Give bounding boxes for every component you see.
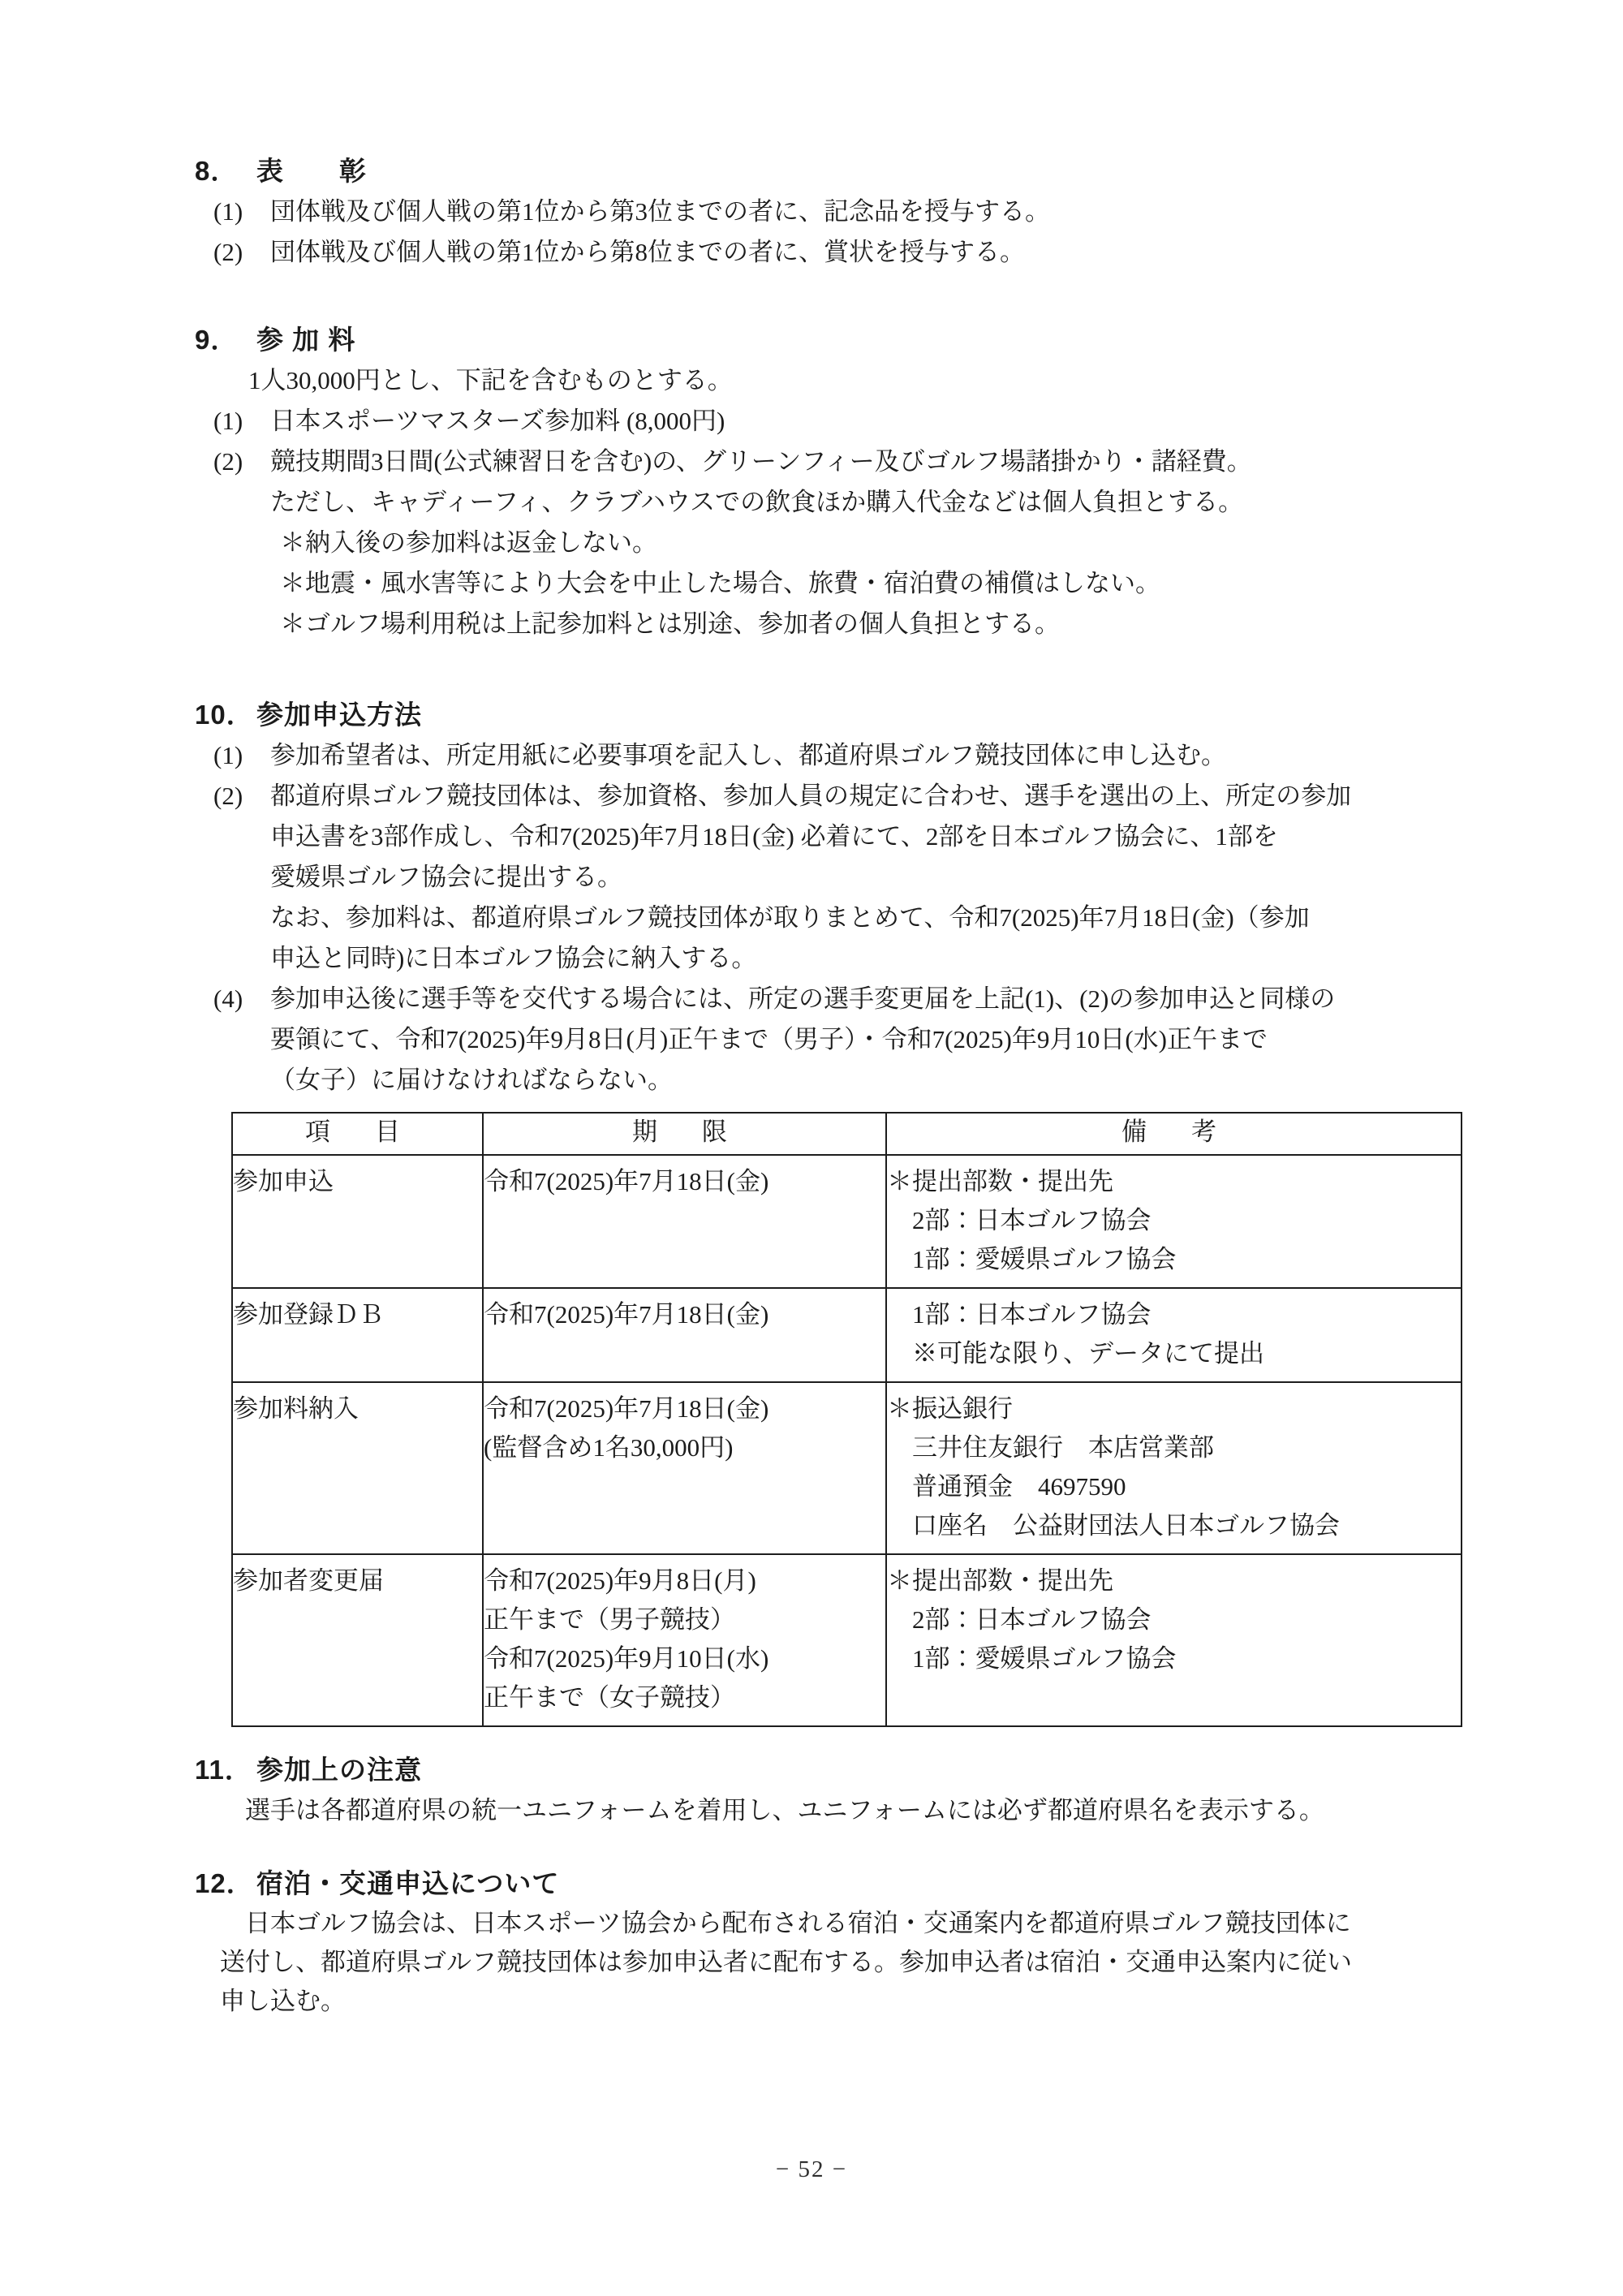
- text-line: 参加登録ＤＢ: [233, 1295, 482, 1334]
- text-line: 参加者変更届: [233, 1562, 482, 1600]
- section-number: 11．: [195, 1750, 256, 1790]
- section-application-method: 10．参加申込方法 (1) 参加希望者は、所定用紙に必要事項を記入し、都道府県ゴ…: [195, 695, 1558, 1727]
- text-line: 口座名 公益財団法人日本ゴルフ協会: [887, 1506, 1461, 1545]
- text-line: 要領にて、令和7(2025)年9月8日(月)正午まで（男子）・令和7(2025)…: [270, 1019, 1558, 1060]
- text-line: 団体戦及び個人戦の第1位から第3位までの者に、記念品を授与する。: [270, 192, 1558, 232]
- text-line: 2部：日本ゴルフ協会: [887, 1201, 1461, 1240]
- section-lodging-transport: 12．宿泊・交通申込について 日本ゴルフ協会は、日本スポーツ協会から配布される宿…: [195, 1863, 1558, 2021]
- deadline-cell: 令和7(2025)年7月18日(金): [483, 1288, 886, 1382]
- text-line: 参加申込: [233, 1162, 482, 1201]
- section-entry-fee: 9．参 加 料 1人30,000円とし、下記を含むものとする。 (1) 日本スポ…: [195, 320, 1558, 644]
- section-participation-notes: 11．参加上の注意 選手は各都道府県の統一ユニフォームを着用し、ユニフォームには…: [195, 1750, 1558, 1831]
- text-line: 申込書を3部作成し、令和7(2025)年7月18日(金) 必着にて、2部を日本ゴ…: [270, 816, 1558, 857]
- text-line: ＊提出部数・提出先: [887, 1562, 1461, 1600]
- text-line: 団体戦及び個人戦の第1位から第8位までの者に、賞状を授与する。: [270, 232, 1558, 273]
- list-item: (2) 都道府県ゴルフ競技団体は、参加資格、参加人員の規定に合わせ、選手を選出の…: [195, 776, 1558, 979]
- text-line: 選手は各都道府県の統一ユニフォームを着用し、ユニフォームには必ず都道府県名を表示…: [220, 1790, 1558, 1831]
- section-number: 9．: [195, 320, 256, 360]
- text-line: 令和7(2025)年7月18日(金): [484, 1295, 885, 1334]
- col-header-remarks: 備 考: [886, 1113, 1462, 1155]
- list-marker: (1): [213, 401, 243, 442]
- table-row: 参加申込 令和7(2025)年7月18日(金) ＊提出部数・提出先 2部：日本ゴ…: [232, 1155, 1462, 1288]
- text-line: 普通預金 4697590: [887, 1467, 1461, 1506]
- text-line: 三井住友銀行 本店営業部: [887, 1428, 1461, 1467]
- section-number: 10．: [195, 695, 256, 735]
- section-title: 参 加 料: [256, 325, 355, 355]
- section-10-heading: 10．参加申込方法: [195, 695, 1558, 735]
- text-line: 1人30,000円とし、下記を含むものとする。: [195, 360, 1558, 401]
- text-line: ＊振込銀行: [887, 1389, 1461, 1428]
- section-8-heading: 8．表 彰: [195, 151, 1558, 192]
- text-line: 参加申込後に選手等を交代する場合には、所定の選手変更届を上記(1)、(2)の参加…: [270, 979, 1558, 1019]
- text-line: 令和7(2025)年7月18日(金): [484, 1389, 885, 1428]
- page-number: − 52 −: [0, 2149, 1623, 2190]
- text-line: 日本ゴルフ協会は、日本スポーツ協会から配布される宿泊・交通案内を都道府県ゴルフ競…: [220, 1904, 1558, 1943]
- document-page: 8．表 彰 (1) 団体戦及び個人戦の第1位から第3位までの者に、記念品を授与す…: [0, 0, 1623, 2296]
- remarks-cell: 1部：日本ゴルフ協会 ※可能な限り、データにて提出: [886, 1288, 1462, 1382]
- list-marker: (2): [213, 232, 243, 273]
- list-marker: (1): [213, 192, 243, 232]
- text-line: 正午まで（女子競技）: [484, 1678, 885, 1717]
- deadline-cell: 令和7(2025)年9月8日(月) 正午まで（男子競技） 令和7(2025)年9…: [483, 1554, 886, 1726]
- col-header-deadline: 期 限: [483, 1113, 886, 1155]
- remarks-cell: ＊振込銀行 三井住友銀行 本店営業部 普通預金 4697590 口座名 公益財団…: [886, 1382, 1462, 1554]
- note-line: ＊ゴルフ場利用税は上記参加料とは別途、参加者の個人負担とする。: [195, 604, 1558, 644]
- deadline-cell: 令和7(2025)年7月18日(金): [483, 1155, 886, 1288]
- text-line: 都道府県ゴルフ競技団体は、参加資格、参加人員の規定に合わせ、選手を選出の上、所定…: [270, 776, 1558, 816]
- text-line: （女子）に届けなければならない。: [270, 1060, 1558, 1101]
- note-line: ＊地震・風水害等により大会を中止した場合、旅費・宿泊費の補償はしない。: [195, 563, 1558, 604]
- list-item: (1) 団体戦及び個人戦の第1位から第3位までの者に、記念品を授与する。: [195, 192, 1558, 232]
- section-title: 参加申込方法: [256, 700, 422, 730]
- text-line: 競技期間3日間(公式練習日を含む)の、グリーンフィー及びゴルフ場諸掛かり・諸経費…: [270, 442, 1558, 482]
- application-schedule-table: 項 目 期 限 備 考 参加申込 令和7(2025)年7月18日(金): [231, 1112, 1462, 1727]
- section-number: 8．: [195, 151, 256, 192]
- text-line: 申込と同時)に日本ゴルフ協会に納入する。: [270, 938, 1558, 979]
- text-line: ＊提出部数・提出先: [887, 1162, 1461, 1201]
- table-row: 参加者変更届 令和7(2025)年9月8日(月) 正午まで（男子競技） 令和7(…: [232, 1554, 1462, 1726]
- text-line: 申し込む。: [220, 1982, 1558, 2021]
- item-cell: 参加料納入: [232, 1382, 483, 1554]
- text-line: 参加料納入: [233, 1389, 482, 1428]
- text-line: 正午まで（男子競技）: [484, 1600, 885, 1639]
- text-line: 送付し、都道府県ゴルフ競技団体は参加申込者に配布する。参加申込者は宿泊・交通申込…: [220, 1943, 1558, 1982]
- text-line: 令和7(2025)年9月8日(月): [484, 1562, 885, 1600]
- section-12-heading: 12．宿泊・交通申込について: [195, 1863, 1558, 1904]
- page-content: 8．表 彰 (1) 団体戦及び個人戦の第1位から第3位までの者に、記念品を授与す…: [195, 151, 1558, 2021]
- list-item: (1) 日本スポーツマスターズ参加料 (8,000円): [195, 401, 1558, 442]
- item-cell: 参加者変更届: [232, 1554, 483, 1726]
- text-line: 愛媛県ゴルフ協会に提出する。: [270, 857, 1558, 898]
- table-row: 参加料納入 令和7(2025)年7月18日(金) (監督含め1名30,000円)…: [232, 1382, 1462, 1554]
- text-line: 令和7(2025)年9月10日(水): [484, 1639, 885, 1678]
- list-marker: (2): [213, 442, 243, 482]
- text-line: ただし、キャディーフィ、クラブハウスでの飲食ほか購入代金などは個人負担とする。: [270, 482, 1558, 523]
- text-line: 2部：日本ゴルフ協会: [887, 1600, 1461, 1639]
- item-cell: 参加登録ＤＢ: [232, 1288, 483, 1382]
- section-number: 12．: [195, 1863, 256, 1904]
- text-line: 1部：愛媛県ゴルフ協会: [887, 1639, 1461, 1678]
- list-marker: (1): [213, 735, 243, 776]
- remarks-cell: ＊提出部数・提出先 2部：日本ゴルフ協会 1部：愛媛県ゴルフ協会: [886, 1155, 1462, 1288]
- list-marker: (2): [213, 776, 243, 816]
- section-title: 宿泊・交通申込について: [256, 1868, 559, 1898]
- text-line: 参加希望者は、所定用紙に必要事項を記入し、都道府県ゴルフ競技団体に申し込む。: [270, 735, 1558, 776]
- col-header-item: 項 目: [232, 1113, 483, 1155]
- text-line: ※可能な限り、データにて提出: [887, 1334, 1461, 1373]
- table-header-row: 項 目 期 限 備 考: [232, 1113, 1462, 1155]
- list-item: (2) 競技期間3日間(公式練習日を含む)の、グリーンフィー及びゴルフ場諸掛かり…: [195, 442, 1558, 523]
- text-line: 1部：愛媛県ゴルフ協会: [887, 1240, 1461, 1279]
- list-marker: (4): [213, 979, 243, 1019]
- section-title: 参加上の注意: [256, 1755, 422, 1785]
- list-item: (1) 参加希望者は、所定用紙に必要事項を記入し、都道府県ゴルフ競技団体に申し込…: [195, 735, 1558, 776]
- note-line: ＊納入後の参加料は返金しない。: [195, 523, 1558, 563]
- text-line: なお、参加料は、都道府県ゴルフ競技団体が取りまとめて、令和7(2025)年7月1…: [270, 898, 1558, 938]
- item-cell: 参加申込: [232, 1155, 483, 1288]
- list-item: (2) 団体戦及び個人戦の第1位から第8位までの者に、賞状を授与する。: [195, 232, 1558, 273]
- section-11-heading: 11．参加上の注意: [195, 1750, 1558, 1790]
- remarks-cell: ＊提出部数・提出先 2部：日本ゴルフ協会 1部：愛媛県ゴルフ協会: [886, 1554, 1462, 1726]
- text-line: 令和7(2025)年7月18日(金): [484, 1162, 885, 1201]
- section-title: 表 彰: [256, 156, 367, 186]
- list-item: (4) 参加申込後に選手等を交代する場合には、所定の選手変更届を上記(1)、(2…: [195, 979, 1558, 1101]
- text-line: 1部：日本ゴルフ協会: [887, 1295, 1461, 1334]
- deadline-cell: 令和7(2025)年7月18日(金) (監督含め1名30,000円): [483, 1382, 886, 1554]
- section-awards: 8．表 彰 (1) 団体戦及び個人戦の第1位から第3位までの者に、記念品を授与す…: [195, 151, 1558, 273]
- table-row: 参加登録ＤＢ 令和7(2025)年7月18日(金) 1部：日本ゴルフ協会 ※可能…: [232, 1288, 1462, 1382]
- section-9-heading: 9．参 加 料: [195, 320, 1558, 360]
- text-line: (監督含め1名30,000円): [484, 1428, 885, 1467]
- text-line: 日本スポーツマスターズ参加料 (8,000円): [270, 401, 1558, 442]
